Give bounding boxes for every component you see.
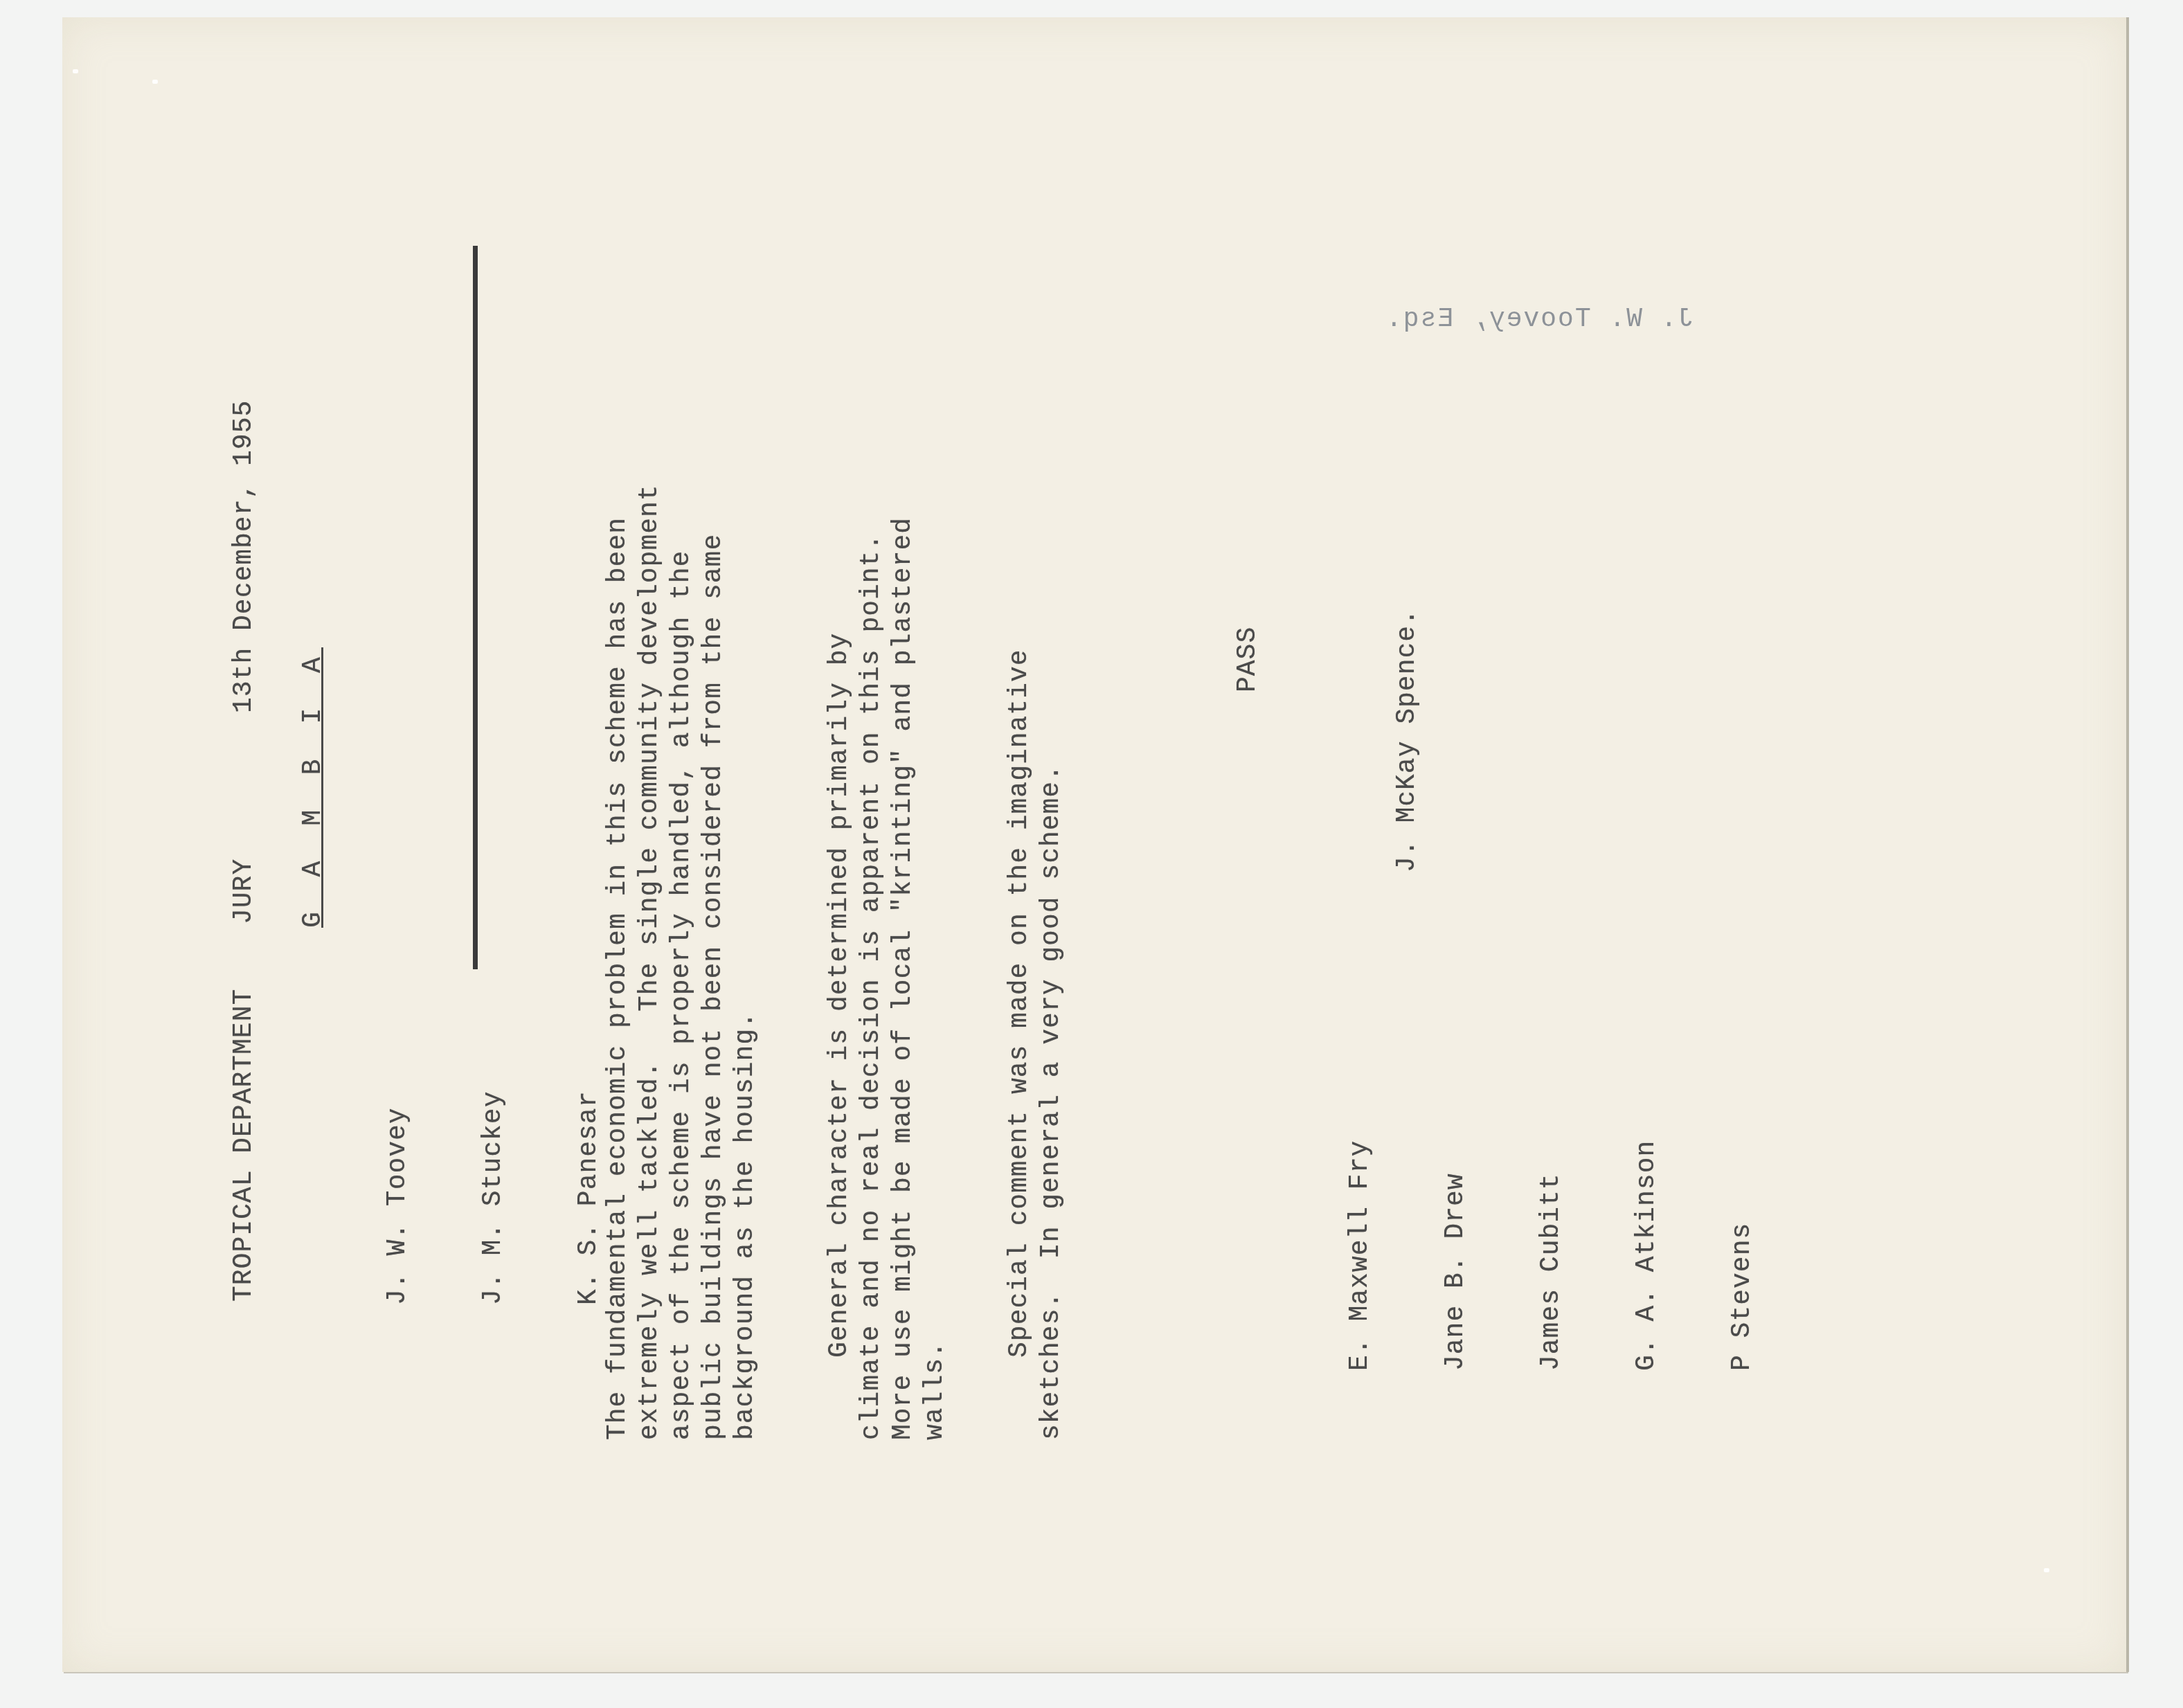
divider-rule <box>473 246 478 969</box>
pin-hole <box>73 69 78 73</box>
jury-member: G. A. Atkinson <box>1631 1140 1663 1371</box>
section-label: JURY <box>228 859 260 924</box>
jury-member: E. Maxwell Fry <box>1345 1140 1376 1371</box>
author-list: J. W. Toovey J. M. Stuckey K. S. Panesar <box>318 1091 637 1305</box>
pin-hole <box>2044 1568 2049 1572</box>
jury-member: P Stevens <box>1727 1140 1759 1371</box>
signature: J. McKay Spence. <box>1392 609 1423 872</box>
country-title: G A M B I A <box>298 647 330 928</box>
paragraph-character: General character is determined primaril… <box>824 517 951 1440</box>
author: K. S. Panesar <box>573 1091 605 1305</box>
jury-panel-list: E. Maxwell Fry Jane B. Drew James Cubitt… <box>1281 1140 1790 1371</box>
department-heading: TROPICAL DEPARTMENT <box>228 989 260 1302</box>
verdict: PASS <box>1232 627 1264 692</box>
paper-sheet <box>62 17 2127 1672</box>
show-through-text: J. W. Toovey, Esq. <box>1385 305 1694 334</box>
pin-hole <box>152 80 158 84</box>
author: J. M. Stuckey <box>478 1091 510 1305</box>
jury-member: Jane B. Drew <box>1440 1140 1472 1371</box>
author: J. W. Toovey <box>382 1091 414 1305</box>
paragraph-comment: Special comment was made on the imaginat… <box>1004 649 1068 1440</box>
jury-member: James Cubitt <box>1536 1140 1567 1371</box>
document-date: 13th December, 1955 <box>228 400 260 713</box>
paragraph-economic: The fundamental economic problem in this… <box>602 484 762 1440</box>
